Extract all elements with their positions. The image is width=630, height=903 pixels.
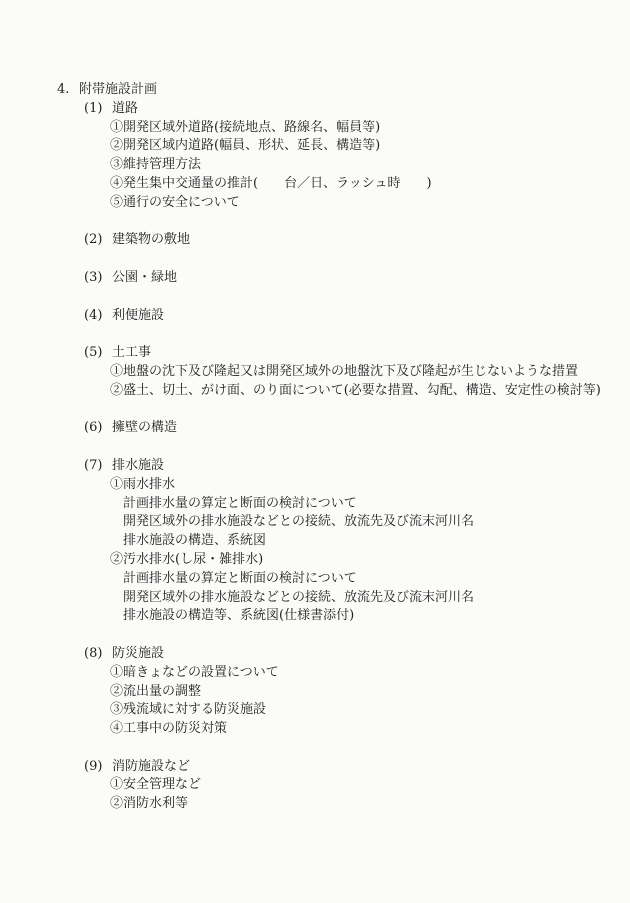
section-title: 利便施設 bbox=[112, 307, 164, 326]
sub-item: 開発区域外の排水施設などとの接続、放流先及び流末河川名 bbox=[123, 589, 620, 608]
section: (3)公園・緑地 bbox=[57, 269, 620, 288]
heading-number: 4. bbox=[57, 81, 79, 100]
item: ①雨水排水 bbox=[110, 476, 620, 495]
section: (2)建築物の敷地 bbox=[57, 231, 620, 250]
item: ③維持管理方法 bbox=[110, 156, 620, 175]
section-heading: (8)防災施設 bbox=[84, 645, 620, 664]
document-page: 4. 附帯施設計画 (1)道路①開発区域外道路(接続地点、路線名、幅員等)②開発… bbox=[0, 0, 630, 903]
document-body: 4. 附帯施設計画 (1)道路①開発区域外道路(接続地点、路線名、幅員等)②開発… bbox=[57, 81, 620, 814]
sub-item: 計画排水量の算定と断面の検討について bbox=[123, 570, 620, 589]
item: ②汚水排水(し尿・雑排水) bbox=[110, 551, 620, 570]
section-heading: (1)道路 bbox=[84, 100, 620, 119]
section-heading: (5)土工事 bbox=[84, 344, 620, 363]
section-number: (3) bbox=[84, 269, 112, 288]
section-title: 排水施設 bbox=[112, 457, 164, 476]
item: ②消防水利等 bbox=[110, 795, 620, 814]
section-title: 公園・緑地 bbox=[112, 269, 177, 288]
section-heading: (7)排水施設 bbox=[84, 457, 620, 476]
item: ①暗きょなどの設置について bbox=[110, 664, 620, 683]
item: ⑤通行の安全について bbox=[110, 194, 620, 213]
section-number: (6) bbox=[84, 419, 112, 438]
sub-item: 開発区域外の排水施設などとの接続、放流先及び流末河川名 bbox=[123, 513, 620, 532]
item: ①開発区域外道路(接続地点、路線名、幅員等) bbox=[110, 119, 620, 138]
item: ④発生集中交通量の推計( 台／日、ラッシュ時 ) bbox=[110, 175, 620, 194]
section: (6)擁壁の構造 bbox=[57, 419, 620, 438]
section: (7)排水施設①雨水排水計画排水量の算定と断面の検討について開発区域外の排水施設… bbox=[57, 457, 620, 626]
section-number: (4) bbox=[84, 307, 112, 326]
section-number: (9) bbox=[84, 758, 112, 777]
section-title: 建築物の敷地 bbox=[112, 231, 190, 250]
document-heading: 4. 附帯施設計画 bbox=[57, 81, 620, 100]
item: ②流出量の調整 bbox=[110, 683, 620, 702]
item: ①地盤の沈下及び隆起又は開発区域外の地盤沈下及び隆起が生じないような措置 bbox=[110, 363, 620, 382]
section-number: (7) bbox=[84, 457, 112, 476]
item: ①安全管理など bbox=[110, 776, 620, 795]
item: ③残流域に対する防災施設 bbox=[110, 701, 620, 720]
section-number: (5) bbox=[84, 344, 112, 363]
item: ④工事中の防災対策 bbox=[110, 720, 620, 739]
item: ②盛土、切土、がけ面、のり面について(必要な措置、勾配、構造、安定性の検討等) bbox=[110, 382, 620, 401]
section-title: 土工事 bbox=[112, 344, 151, 363]
sub-item: 排水施設の構造、系統図 bbox=[123, 532, 620, 551]
section-heading: (3)公園・緑地 bbox=[84, 269, 620, 288]
section: (5)土工事①地盤の沈下及び隆起又は開発区域外の地盤沈下及び隆起が生じないような… bbox=[57, 344, 620, 400]
sections: (1)道路①開発区域外道路(接続地点、路線名、幅員等)②開発区域内道路(幅員、形… bbox=[57, 100, 620, 814]
section-title: 消防施設など bbox=[112, 758, 190, 777]
section: (9)消防施設など①安全管理など②消防水利等 bbox=[57, 758, 620, 814]
section-number: (8) bbox=[84, 645, 112, 664]
section-title: 道路 bbox=[112, 100, 138, 119]
section-title: 防災施設 bbox=[112, 645, 164, 664]
sub-item: 排水施設の構造等、系統図(仕様書添付) bbox=[123, 607, 620, 626]
section-heading: (2)建築物の敷地 bbox=[84, 231, 620, 250]
section-title: 擁壁の構造 bbox=[112, 419, 177, 438]
heading-title: 附帯施設計画 bbox=[79, 81, 157, 100]
section-heading: (6)擁壁の構造 bbox=[84, 419, 620, 438]
sub-item: 計画排水量の算定と断面の検討について bbox=[123, 495, 620, 514]
section-number: (2) bbox=[84, 231, 112, 250]
section: (4)利便施設 bbox=[57, 307, 620, 326]
section: (8)防災施設①暗きょなどの設置について②流出量の調整③残流域に対する防災施設④… bbox=[57, 645, 620, 739]
section-number: (1) bbox=[84, 100, 112, 119]
section-heading: (4)利便施設 bbox=[84, 307, 620, 326]
section-heading: (9)消防施設など bbox=[84, 758, 620, 777]
section: (1)道路①開発区域外道路(接続地点、路線名、幅員等)②開発区域内道路(幅員、形… bbox=[57, 100, 620, 213]
item: ②開発区域内道路(幅員、形状、延長、構造等) bbox=[110, 137, 620, 156]
